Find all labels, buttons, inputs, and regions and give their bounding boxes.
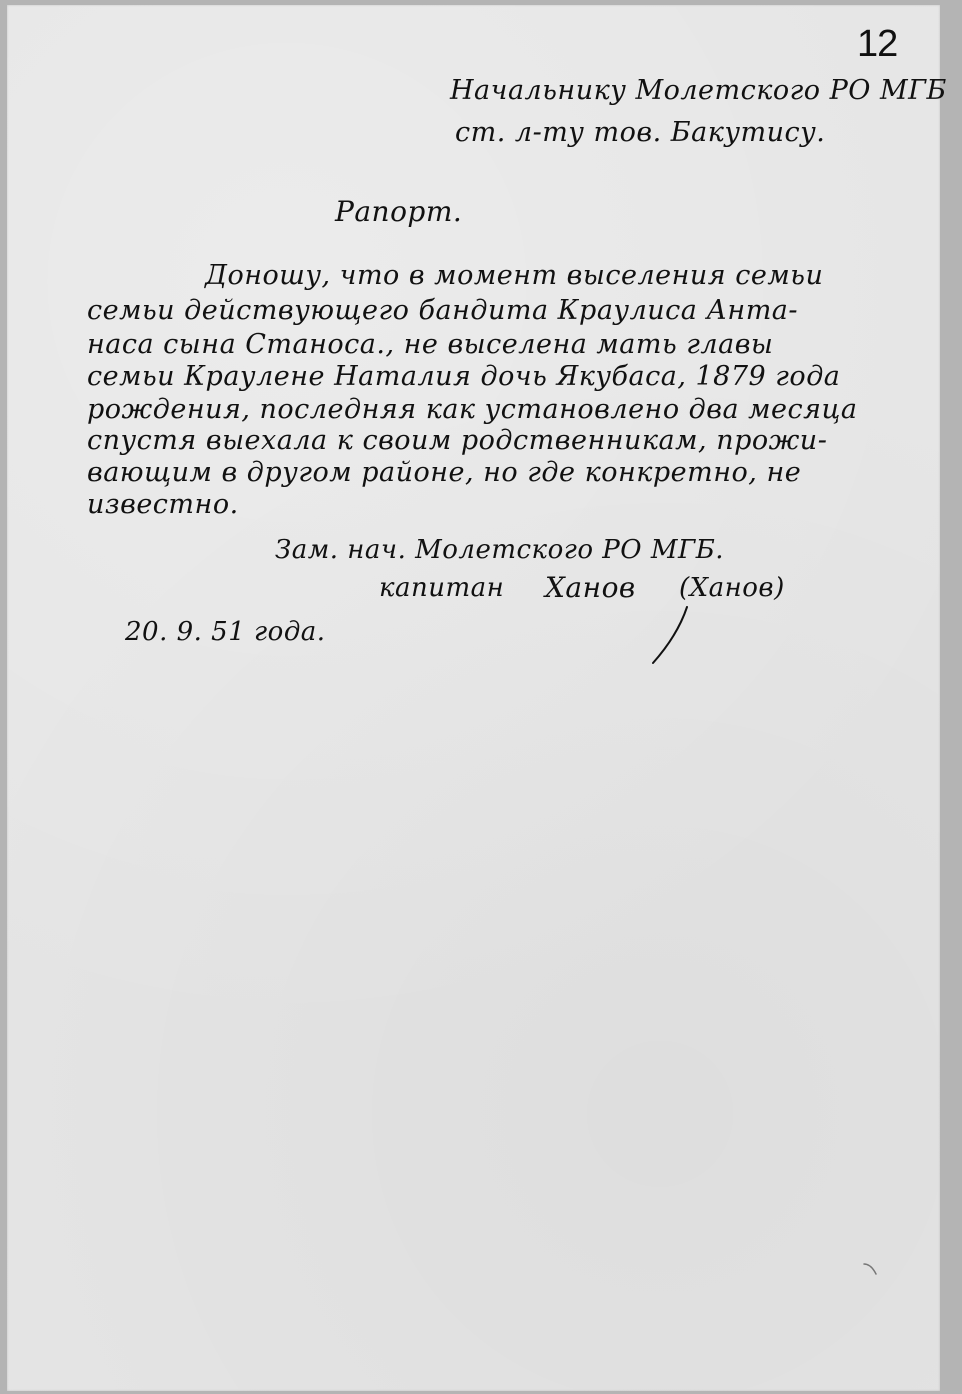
signature-handwritten: Ханов [545, 571, 636, 604]
body-line-7: вающим в другом районе, но где конкретно… [87, 457, 801, 488]
body-line-3: наса сына Станоса., не выселена мать гла… [87, 329, 773, 360]
stray-pen-mark-icon [862, 1260, 882, 1280]
page-number: 12 [857, 23, 897, 66]
signature-name: (Ханов) [679, 573, 785, 603]
body-line-4: семьи Краулене Наталия дочь Якубаса, 187… [87, 361, 840, 392]
signature-flourish-icon [647, 605, 707, 665]
document-date: 20. 9. 51 года. [125, 617, 326, 647]
body-line-6: спустя выехала к своим родственникам, пр… [87, 425, 827, 456]
scanned-page: 12 Начальнику Молетского РО МГБ ст. л-ту… [0, 0, 962, 1394]
addressee-line-1: Начальнику Молетского РО МГБ [450, 75, 947, 106]
addressee-line-2: ст. л-ту тов. Бакутису. [455, 117, 825, 148]
body-line-8: известно. [87, 489, 239, 520]
document-title: Рапорт. [335, 195, 462, 228]
signature-position: Зам. нач. Молетского РО МГБ. [275, 535, 724, 565]
body-line-5: рождения, последняя как установлено два … [87, 394, 857, 425]
body-line-2: семьи действующего бандита Краулиса Анта… [87, 295, 798, 326]
signature-rank: капитан [379, 573, 504, 603]
document-paper: 12 Начальнику Молетского РО МГБ ст. л-ту… [7, 5, 940, 1391]
body-line-1: Доношу, что в момент выселения семьи [205, 260, 823, 291]
